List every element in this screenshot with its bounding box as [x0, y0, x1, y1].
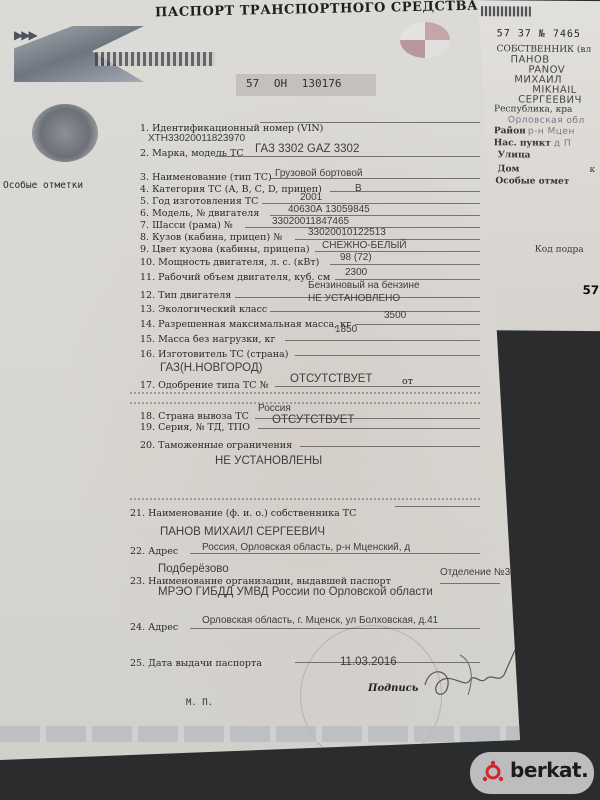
field-value: В — [355, 183, 362, 194]
field-value: ГАЗ(Н.НОВГОРОД) — [160, 362, 262, 374]
region-value: Орловская обл — [508, 115, 585, 126]
field-rule — [355, 324, 480, 325]
field-value: 33020010122513 — [308, 227, 386, 238]
page-title: ПАСПОРТ ТРАНСПОРТНОГО СРЕДСТВА — [155, 0, 478, 20]
field-label: 16. Изготовитель ТС (страна) — [140, 349, 288, 360]
field-value: СНЕЖНО-БЕЛЫЙ — [322, 240, 407, 251]
dotted-separator — [130, 498, 480, 500]
republic-label: Республика, кра — [494, 104, 572, 115]
field-rule — [190, 553, 480, 554]
field-value: Бензиновый на бензине — [308, 280, 420, 291]
house-label: Дом — [497, 164, 519, 174]
dotted-separator — [130, 392, 480, 394]
field-value-continued: Подберёзово — [158, 563, 229, 575]
field-label: 15. Масса без нагрузки, кг — [140, 334, 275, 345]
field-value: Россия — [258, 403, 291, 414]
stamp-label: М. П. — [186, 698, 213, 708]
field-value: 33020011847465 — [272, 216, 349, 227]
field-rule — [330, 191, 480, 192]
field-rule — [395, 506, 480, 507]
field-value: 40630А 13059845 — [288, 204, 370, 215]
field-rule — [300, 446, 480, 447]
signature-icon — [420, 645, 520, 705]
field-value: НЕ УСТАНОВЛЕНЫ — [215, 455, 322, 467]
field-rule — [270, 311, 480, 312]
hologram-seal-icon — [32, 104, 98, 162]
field-value-continued: МРЭО ГИБДД УМВД России по Орловской обла… — [158, 586, 433, 598]
field-value: Россия, Орловская область, р-н Мценский,… — [202, 542, 410, 553]
field-label: 3. Наименование (тип ТС) — [140, 172, 272, 183]
field-value: Грузовой бортовой — [275, 168, 362, 179]
signature-label: Подпись — [368, 683, 418, 694]
street-label: Улица — [498, 150, 531, 160]
field-value: 98 (72) — [340, 252, 372, 263]
special-marks-label: Особые отмет — [495, 176, 569, 187]
field-value: Орловская область, г. Мценск, ул Болховс… — [202, 615, 438, 626]
field-value: ОТСУТСТВУЕТ — [272, 414, 354, 426]
field-rule — [215, 156, 480, 157]
field-label: 20. Таможенные ограничения — [140, 440, 292, 451]
dotted-separator — [130, 402, 480, 404]
field-label: 4. Категория ТС (А, В, С, D, прицеп) — [140, 184, 322, 195]
field-rule — [260, 122, 480, 123]
field-suffix: от — [402, 376, 413, 387]
field-value: ГАЗ 3302 GAZ 3302 — [255, 143, 359, 155]
field-rule — [190, 628, 480, 629]
serial-number: 57 ОН 130176 — [246, 77, 341, 90]
field-label: 9. Цвет кузова (кабины, прицепа) — [140, 244, 310, 255]
car-emblem-icon — [400, 22, 450, 58]
field-label: 19. Серия, № ТД, ТПО — [140, 422, 250, 433]
field-label: 10. Мощность двигателя, л. с. (кВт) — [140, 257, 319, 268]
berkat-watermark: berkat. — [470, 752, 594, 794]
field-rule — [295, 355, 480, 356]
field-value: 1850 — [335, 324, 357, 335]
field-value: ПАНОВ МИХАИЛ СЕРГЕЕВИЧ — [160, 526, 325, 538]
field-value: ОТСУТСТВУЕТ — [290, 373, 372, 385]
field-label: 25. Дата выдачи паспорта — [130, 658, 262, 669]
field-label: 12. Тип двигателя — [140, 290, 231, 301]
field-label: 24. Адрес — [130, 622, 178, 633]
field-label: 7. Шасси (рама) № — [140, 220, 233, 231]
field-label: 17. Одобрение типа ТС № — [140, 380, 268, 391]
security-band — [95, 52, 215, 66]
field-label: 8. Кузов (кабина, прицеп) № — [140, 232, 282, 243]
field-label: 5. Год изготовления ТС — [140, 196, 258, 207]
field-label: 11. Рабочий объем двигателя, куб. см — [140, 272, 330, 283]
arrows-icon: ▶▶▶ — [14, 28, 36, 42]
field-rule — [285, 340, 480, 341]
field-label: 21. Наименование (ф. и. о.) собственника… — [130, 508, 356, 519]
field-value: 2001 — [300, 192, 322, 203]
settlement-label: Нас. пункт — [494, 138, 551, 148]
security-pattern — [481, 6, 531, 16]
code-label: Код подра — [535, 245, 584, 255]
berkat-logo-text: berkat. — [510, 758, 588, 782]
code-value: 57 — [582, 283, 599, 297]
field-rule — [440, 583, 500, 584]
field-label: 13. Экологический класс — [140, 304, 267, 315]
vehicle-passport-page: ▶▶▶ ПАСПОРТ ТРАНСПОРТНОГО СРЕДСТВА 57 ОН… — [0, 0, 520, 760]
field-value: Отделение №3 — [440, 567, 510, 578]
certificate-number: 57 37 № 7465 — [497, 28, 581, 40]
district-value: р-н Мцен — [528, 127, 575, 137]
field-label: 6. Модель, № двигателя — [140, 208, 259, 219]
field-label: 2. Марка, модель ТС — [140, 148, 244, 159]
special-marks-label: Особые отметки — [3, 180, 83, 191]
field-value: 2300 — [345, 267, 367, 278]
berkat-logo-icon — [482, 760, 504, 782]
district-label: Район — [494, 126, 526, 136]
field-rule — [258, 428, 480, 429]
settlement-value: д П — [554, 139, 571, 149]
security-band-bottom — [0, 726, 520, 742]
field-value: НЕ УСТАНОВЛЕНО — [308, 293, 400, 304]
field-label: 18. Страна вывоза ТС — [140, 411, 249, 422]
field-value: 3500 — [384, 310, 406, 321]
field-rule — [330, 264, 480, 265]
field-label: 14. Разрешенная максимальная масса, кг — [140, 319, 351, 330]
field-label: 22. Адрес — [130, 546, 178, 557]
field-rule — [275, 386, 480, 387]
field-value: XTH33020011823970 — [148, 133, 245, 144]
house-suffix: к — [589, 165, 595, 175]
